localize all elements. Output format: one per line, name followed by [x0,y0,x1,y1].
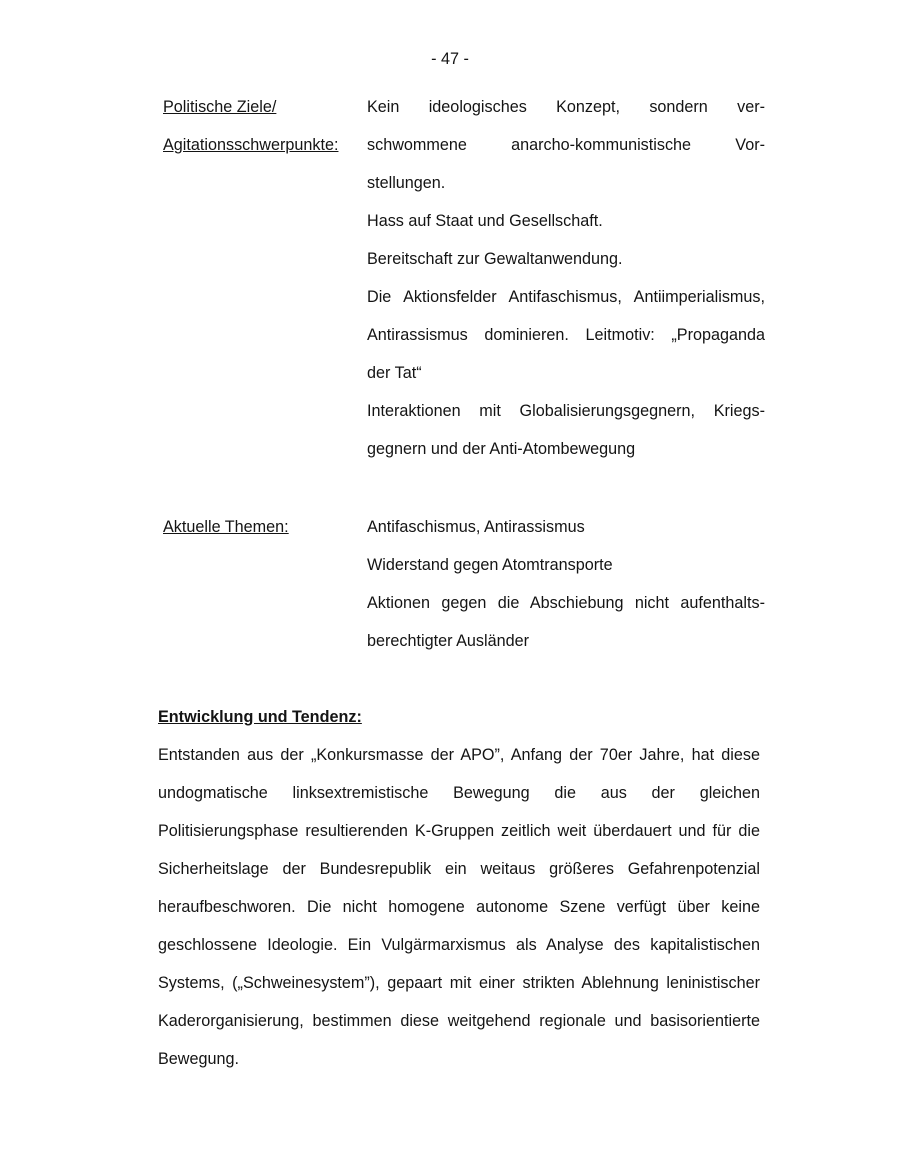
text-line: Sicherheitslage der Bundesrepublik ein w… [158,850,760,888]
text-line: Kein ideologisches Konzept, sondern ver- [367,88,765,126]
text-line: Entstanden aus der „Konkursmasse der APO… [158,736,760,774]
text-line: Die Aktionsfelder Antifaschismus, Antiim… [367,278,765,316]
label-line: Politische Ziele/ [163,88,338,126]
text-line: der Tat“ [367,354,765,392]
text-line: Politisierungsphase resultierenden K-Gru… [158,812,760,850]
text-line: undogmatische linksextremistische Bewegu… [158,774,760,812]
text-line: Widerstand gegen Atomtransporte [367,546,765,584]
development-paragraph: Entstanden aus der „Konkursmasse der APO… [158,736,760,1078]
text-line: heraufbeschworen. Die nicht homogene aut… [158,888,760,926]
text-line: gegnern und der Anti-Atombewegung [367,430,765,468]
text-line: Hass auf Staat und Gesellschaft. [367,202,765,240]
text-line: schwommene anarcho-kommunistische Vor- [367,126,765,164]
text-line: Bewegung. [158,1040,760,1078]
text-line: Bereitschaft zur Gewaltanwendung. [367,240,765,278]
text-line: Interaktionen mit Globalisierungsgegnern… [367,392,765,430]
label-political-goals: Politische Ziele/ Agitationsschwerpunkte… [163,88,338,164]
political-goals-text: Kein ideologisches Konzept, sondern ver-… [367,88,765,468]
label-current-topics: Aktuelle Themen: [163,508,289,546]
text-line: Antirassismus dominieren. Leitmotiv: „Pr… [367,316,765,354]
label-line: Agitationsschwerpunkte: [163,126,338,164]
text-line: Kaderorganisierung, bestimmen diese weit… [158,1002,760,1040]
current-topics-text: Antifaschismus, AntirassismusWiderstand … [367,508,765,660]
page-number: - 47 - [0,48,900,70]
text-line: Systems, („Schweinesystem”), gepaart mit… [158,964,760,1002]
text-line: Antifaschismus, Antirassismus [367,508,765,546]
label-line: Aktuelle Themen: [163,508,289,546]
text-line: Aktionen gegen die Abschiebung nicht auf… [367,584,765,622]
text-line: geschlossene Ideologie. Ein Vulgärmarxis… [158,926,760,964]
text-line: stellungen. [367,164,765,202]
section-heading-development: Entwicklung und Tendenz: [158,698,362,736]
text-line: berechtigter Ausländer [367,622,765,660]
